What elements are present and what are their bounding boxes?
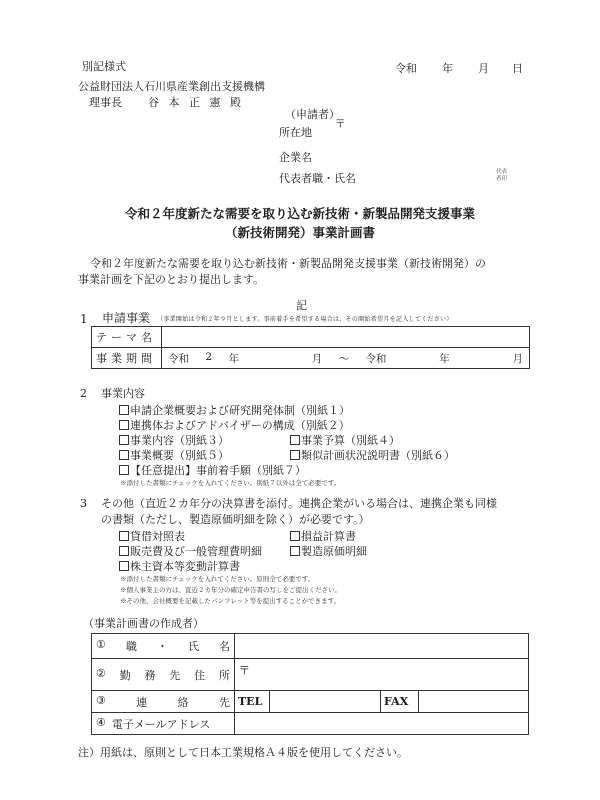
period-row: 事業期間 令和 2 年 月 ～ 令和 年 月 [92, 348, 530, 369]
intro-line1: 令和２年度新たな需要を取り込む新技術・新製品開発支援事業（新技術開発）の [90, 257, 486, 270]
section3-note-3: ※その他、会社概要を記載したパンフレット等を提出することができます。 [120, 597, 340, 605]
checkbox-sga-detail[interactable]: 販売費及び一般管理費明細 [119, 545, 262, 558]
checkbox-icon[interactable] [119, 561, 129, 571]
date-day-label: 日 [512, 62, 523, 75]
period-start-year: 2 [205, 351, 212, 366]
checkbox-icon[interactable] [119, 531, 129, 541]
period-start-month-label: 月 [312, 351, 323, 366]
checkbox-item-7[interactable]: 【任意提出】事前着手願（別紙７） [119, 464, 306, 477]
checkbox-icon[interactable] [290, 531, 300, 541]
section1-note: （事業開始は令和２年９月とします。事前着手を希望する場合は、その開始希望月を記入… [157, 316, 453, 323]
tel-label: TEL [235, 691, 270, 713]
document-title-line1: 令和２年度新たな需要を取り込む新技術・新製品開発支援事業 [0, 206, 600, 222]
recipient-name: 谷 本 正 憲 殿 [148, 96, 244, 109]
intro-line2: 事業計画を下記のとおり提出します。 [78, 273, 264, 286]
section2-number: 2 [80, 387, 87, 400]
section2-heading: 事業内容 [101, 387, 145, 400]
rep-label: 代表者職・氏名 [279, 172, 356, 185]
creator-name-label: ① 職 ・ 氏 名 [92, 634, 235, 659]
checkbox-item-4[interactable]: 事業予算（別紙４） [290, 434, 400, 447]
creator-row-name: ① 職 ・ 氏 名 [92, 634, 529, 659]
checkbox-icon[interactable] [290, 450, 300, 460]
period-end-month-label: 月 [512, 351, 523, 366]
section3-heading-line2: の書類（ただし、製造原価明細を除く）が必要です。） [101, 513, 370, 526]
period-tilde: ～ [339, 351, 350, 366]
footer-note: 注）用紙は、原則として日本工業規格Ａ４版を使用してください。 [78, 746, 408, 759]
section3-note-2: ※個人事業主の方は、直近２カ年分の確定申告書の写しをご提出ください。 [120, 586, 341, 594]
creator-name-input[interactable] [235, 634, 529, 659]
date-year-label: 年 [442, 62, 453, 75]
fax-input[interactable] [419, 691, 529, 713]
checkbox-manufacturing-cost[interactable]: 製造原価明細 [290, 545, 367, 558]
checkbox-icon[interactable] [119, 420, 129, 430]
section3-heading-line1: その他（直近２カ年分の決算書を添付。連携企業がいる場合は、連携企業も同様 [101, 497, 497, 510]
checkbox-item-5[interactable]: 事業概要（別紙５） [119, 449, 229, 462]
checkbox-icon[interactable] [290, 435, 300, 445]
postal-mark: 〒 [335, 118, 346, 131]
checkbox-icon[interactable] [119, 405, 129, 415]
form-type-label: 別記様式 [82, 60, 126, 73]
checkbox-item-1[interactable]: 申請企業概要および研究開発体制（別紙１） [119, 404, 350, 417]
theme-label: テーマ名 [92, 327, 162, 348]
creator-heading: （事業計画書の作成者） [83, 617, 204, 630]
section2-note: ※添付した書類にチェックを入れてください。別紙７以外は全て必要です。 [120, 479, 340, 487]
checkbox-icon[interactable] [290, 546, 300, 556]
address-label: 所在地 [279, 126, 312, 139]
theme-input[interactable] [162, 327, 530, 348]
tel-input[interactable] [270, 691, 381, 713]
period-start-year-label: 年 [228, 351, 239, 366]
seal-line2: 者印 [496, 176, 507, 183]
application-table: テーマ名 事業期間 令和 2 年 月 ～ 令和 年 月 [91, 326, 530, 369]
checkbox-item-6[interactable]: 類似計画状況説明書（別紙６） [290, 449, 455, 462]
creator-contact-label: ③ 連 絡 先 [92, 691, 235, 713]
applicant-heading: （申請者） [285, 108, 340, 121]
date-era: 令和 [395, 62, 417, 75]
creator-address-input[interactable]: 〒 [235, 659, 529, 691]
document-title-line2: （新技術開発）事業計画書 [0, 225, 600, 241]
recipient-title: 理事長 [89, 96, 122, 109]
checkbox-icon[interactable] [119, 546, 129, 556]
period-end-year-label: 年 [439, 351, 450, 366]
creator-row-email: ④ 電子メールアドレス [92, 713, 529, 735]
recipient-org: 公益財団法人石川県産業創出支援機構 [78, 80, 265, 93]
checkbox-balance-sheet[interactable]: 貸借対照表 [119, 530, 185, 543]
period-end-era: 令和 [365, 351, 386, 366]
checkbox-income-statement[interactable]: 損益計算書 [290, 530, 356, 543]
creator-row-address: ② 勤 務 先 住 所 〒 [92, 659, 529, 691]
period-start-era: 令和 [168, 351, 189, 366]
checkbox-equity-statement[interactable]: 株主資本等変動計算書 [119, 560, 240, 573]
section1-heading: 申請事業 [102, 311, 150, 325]
section1-number: 1 [80, 312, 88, 326]
section3-number: 3 [80, 497, 87, 510]
ki-label: 記 [296, 299, 307, 312]
checkbox-item-2[interactable]: 連携体およびアドバイザーの構成（別紙２） [119, 419, 350, 432]
date-month-label: 月 [478, 62, 489, 75]
creator-address-label: ② 勤 務 先 住 所 [92, 659, 235, 691]
checkbox-icon[interactable] [119, 450, 129, 460]
creator-table: ① 職 ・ 氏 名 ② 勤 務 先 住 所 〒 ③ 連 [91, 633, 529, 735]
fax-label: FAX [381, 691, 419, 713]
theme-row: テーマ名 [92, 327, 530, 348]
creator-email-label: ④ 電子メールアドレス [92, 713, 235, 735]
period-label: 事業期間 [92, 348, 162, 369]
seal-mark: 代表 者印 [496, 169, 507, 182]
creator-email-input[interactable] [235, 713, 529, 735]
checkbox-icon[interactable] [119, 465, 129, 475]
creator-row-contact: ③ 連 絡 先 TEL FAX [92, 691, 529, 713]
period-input[interactable]: 令和 2 年 月 ～ 令和 年 月 [162, 348, 530, 369]
checkbox-icon[interactable] [119, 435, 129, 445]
section3-note-1: ※添付した書類にチェックを入れてください。原則全て必要です。 [120, 575, 314, 583]
checkbox-item-3[interactable]: 事業内容（別紙３） [119, 434, 229, 447]
seal-line1: 代表 [496, 169, 507, 176]
company-label: 企業名 [279, 151, 312, 164]
